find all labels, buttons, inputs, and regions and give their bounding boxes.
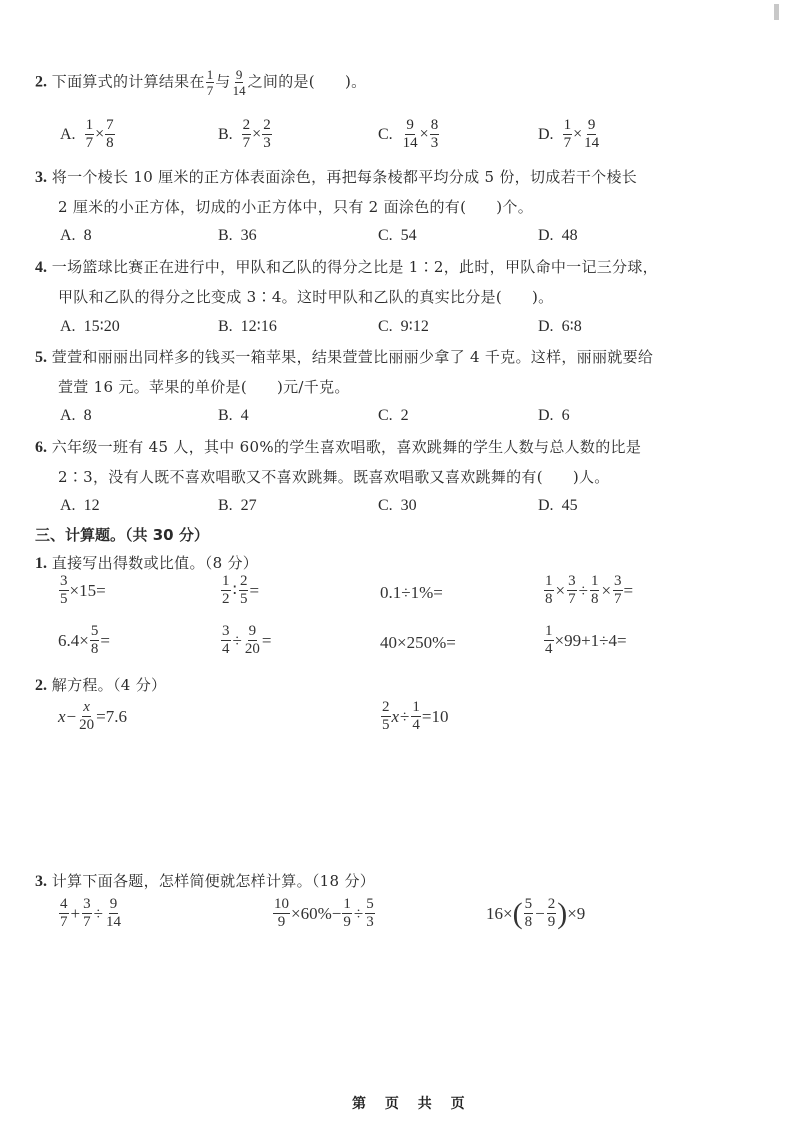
section-title: 三、计算题。（共 30 分）: [35, 524, 209, 545]
fraction: 914: [232, 68, 247, 97]
calc-item-3[interactable]: 0.1÷1%=: [380, 583, 443, 603]
option-a[interactable]: A.12: [60, 496, 100, 515]
option-d[interactable]: D.6∶8: [538, 316, 582, 336]
question-4-line2: 甲队和乙队的得分之比变成 3∶4。这时甲队和乙队的真实比分是()。: [58, 286, 553, 307]
option-b[interactable]: B.27×23: [218, 118, 273, 151]
calc-question-2: 2. 解方程。（4 分）: [35, 674, 166, 695]
question-6: 6. 六年级一班有 45 人，其中 60%的学生喜欢唱歌，喜欢跳舞的学生人数与总…: [35, 436, 641, 457]
equation-2[interactable]: 25x÷14=10: [380, 700, 448, 733]
option-a[interactable]: A.8: [60, 406, 92, 425]
calc-item-8[interactable]: 14×99+1÷4=: [543, 624, 627, 657]
option-b[interactable]: B.4: [218, 406, 249, 425]
option-c[interactable]: C.30: [378, 496, 417, 515]
option-a[interactable]: A.17×78: [60, 118, 116, 151]
question-number: 3.: [35, 169, 47, 186]
simplify-expr-1[interactable]: 47+37÷914: [58, 897, 123, 930]
question-5-line2: 萱萱 16 元。苹果的单价是()元/千克。: [58, 376, 350, 397]
question-number: 2.: [35, 677, 47, 694]
simplify-expr-2[interactable]: 109×60%−19÷53: [272, 897, 376, 930]
calc-item-2[interactable]: 12∶25=: [220, 574, 259, 607]
simplify-expr-3[interactable]: 16×(58−29)×9: [486, 897, 585, 930]
option-d[interactable]: D.6: [538, 406, 570, 425]
option-a[interactable]: A.15∶20: [60, 316, 120, 336]
calc-item-7[interactable]: 40×250%=: [380, 633, 456, 653]
calc-item-4[interactable]: 18×37÷18×37=: [543, 574, 633, 607]
option-b[interactable]: B.12∶16: [218, 316, 277, 336]
option-d[interactable]: D.45: [538, 496, 578, 515]
scrollbar-thumb[interactable]: [774, 4, 779, 20]
question-text: 直接写出得数或比值。（8 分）: [52, 554, 258, 572]
calc-item-5[interactable]: 6.4×58=: [58, 624, 110, 657]
option-c[interactable]: C.2: [378, 406, 409, 425]
question-text: 萱萱和丽丽出同样多的钱买一箱苹果，结果萱萱比丽丽少拿了 4 千克。这样，丽丽就要…: [52, 348, 653, 366]
question-number: 2.: [35, 74, 47, 91]
page-footer: 第 页 共 页: [352, 1093, 472, 1113]
question-number: 3.: [35, 873, 47, 890]
option-a[interactable]: A.8: [60, 226, 92, 245]
question-number: 6.: [35, 439, 47, 456]
question-3: 3. 将一个棱长 10 厘米的正方体表面涂色，再把每条棱都平均分成 5 份，切成…: [35, 166, 637, 187]
fraction: 17: [206, 68, 215, 97]
calc-question-1: 1. 直接写出得数或比值。（8 分）: [35, 552, 258, 573]
calc-item-6[interactable]: 34÷920=: [220, 624, 271, 657]
question-text: 计算下面各题，怎样简便就怎样计算。（18 分）: [52, 872, 375, 890]
option-c[interactable]: C.914×83: [378, 118, 440, 151]
calc-question-3: 3. 计算下面各题，怎样简便就怎样计算。（18 分）: [35, 870, 375, 891]
question-text: 一场篮球比赛正在进行中，甲队和乙队的得分之比是 1∶2，此时，甲队命中一记三分球…: [52, 258, 658, 276]
option-b[interactable]: B.36: [218, 226, 257, 245]
question-number: 1.: [35, 555, 47, 572]
question-text: 六年级一班有 45 人，其中 60%的学生喜欢唱歌，喜欢跳舞的学生人数与总人数的…: [52, 438, 641, 456]
equation-1[interactable]: x−x20=7.6: [58, 700, 127, 733]
question-2: 2. 下面算式的计算结果在17与914之间的是()。: [35, 68, 366, 97]
question-text: 将一个棱长 10 厘米的正方体表面涂色，再把每条棱都平均分成 5 份，切成若干个…: [52, 168, 637, 186]
question-5: 5. 萱萱和丽丽出同样多的钱买一箱苹果，结果萱萱比丽丽少拿了 4 千克。这样，丽…: [35, 346, 653, 367]
question-4: 4. 一场篮球比赛正在进行中，甲队和乙队的得分之比是 1∶2，此时，甲队命中一记…: [35, 256, 658, 277]
question-number: 5.: [35, 349, 47, 366]
option-d[interactable]: D.17×914: [538, 118, 601, 151]
question-number: 4.: [35, 259, 47, 276]
question-3-line2: 2 厘米的小正方体，切成的小正方体中，只有 2 面涂色的有()个。: [58, 196, 533, 217]
option-b[interactable]: B.27: [218, 496, 257, 515]
question-text: 解方程。（4 分）: [52, 676, 167, 694]
option-c[interactable]: C.54: [378, 226, 417, 245]
question-text: 下面算式的计算结果在: [52, 73, 205, 91]
option-c[interactable]: C.9∶12: [378, 316, 429, 336]
calc-item-1[interactable]: 35×15=: [58, 574, 106, 607]
question-6-line2: 2∶3，没有人既不喜欢唱歌又不喜欢跳舞。既喜欢唱歌又喜欢跳舞的有()人。: [58, 466, 610, 487]
option-d[interactable]: D.48: [538, 226, 578, 245]
